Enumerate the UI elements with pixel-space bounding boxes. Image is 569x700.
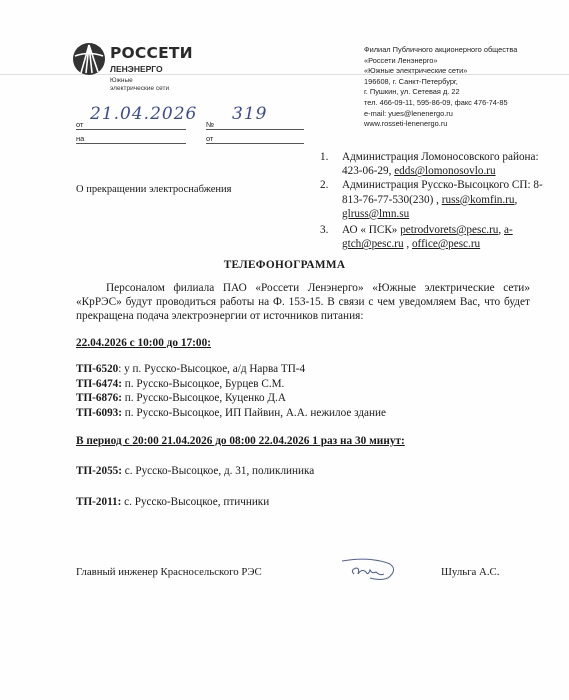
document-title: ТЕЛЕФОНОГРАММА [0,259,569,271]
substation-code: ТП-6520 [76,363,118,375]
addressee-item: 3. АО « ПСК» petrodvorets@pesc.ru, a-gtc… [320,223,550,251]
substation-location: п. Русско-Высоцкое, ИП Пайвин, А.А. нежи… [122,407,386,419]
substation-row: ТП-6876: п. Русско-Высоцкое, Куценко Д.А [76,391,386,406]
email-link[interactable]: russ@komfin.ru [442,194,515,206]
logo-branch-line1: Южные [110,77,133,84]
substation-row: ТП-6520: у п. Русско-Высоцкое, а/д Нарва… [76,362,386,377]
org-line: 196608, г. Санкт-Петербург, [364,77,517,88]
ref-number-line [206,129,304,130]
substation-list: ТП-2055: с. Русско-Высоцкое, д. 31, поли… [76,464,314,479]
substation-row: ТП-2011: с. Русско-Высоцкое, птичники [76,495,269,510]
org-line: Филиал Публичного акционерного общества [364,45,517,56]
ref-to-label: на [76,134,84,143]
substation-location: с. Русско-Высоцкое, птичники [121,496,269,508]
addressee-item: 2. Администрация Русско-Высоцкого СП: 8-… [320,178,550,221]
ref-from-label: от [76,120,83,129]
addressee-number: 2. [320,178,328,192]
substation-list: ТП-2011: с. Русско-Высоцкое, птичники [76,495,269,510]
addressee-item: 1. Администрация Ломоносовского района: … [320,150,550,178]
ref-date-handwritten: 21.04.2026 [90,104,197,124]
org-line: тел. 466-09-11, 595-86-09, факс 476-74-8… [364,98,517,109]
org-line: «Южные электрические сети» [364,66,517,77]
org-email: e-mail: yues@lenenergo.ru [364,109,517,120]
addressee-number: 3. [320,223,328,237]
addressee-list: 1. Администрация Ломоносовского района: … [320,150,550,251]
substation-code: ТП-2055: [76,465,122,477]
body-paragraph: Персоналом филиала ПАО «Россети Ленэнерг… [76,282,530,323]
ref-to-line [76,143,186,144]
addressee-number: 1. [320,150,328,164]
body-text: Персоналом филиала ПАО «Россети Ленэнерг… [76,282,530,323]
substation-list: ТП-6520: у п. Русско-Высоцкое, а/д Нарва… [76,362,386,420]
ref-from2-label: от [206,134,213,143]
subject-line: О прекращении электроснабжения [76,184,232,195]
ref-from2-line [206,143,304,144]
ref-number-label: № [206,120,214,129]
org-line: «Россети Ленэнерго» [364,56,517,67]
substation-location: : у п. Русско-Высоцкое, а/д Нарва ТП-4 [118,363,305,375]
org-website: www.rosseti-lenenergo.ru [364,119,517,130]
ref-number-handwritten: 319 [232,104,267,124]
signatory-position: Главный инженер Красносельского РЭС [76,566,262,578]
substation-location: п. Русско-Высоцкое, Бурцев С.М. [122,378,284,390]
document-page: РОССЕТИ ЛЕНЭНЕРГО Южные электрические се… [0,0,569,700]
substation-row: ТП-6093: п. Русско-Высоцкое, ИП Пайвин, … [76,406,386,421]
email-link[interactable]: glruss@lmn.su [342,208,409,220]
substation-row: ТП-6474: п. Русско-Высоцкое, Бурцев С.М. [76,377,386,392]
substation-code: ТП-2011: [76,496,121,508]
substation-row: ТП-2055: с. Русско-Высоцкое, д. 31, поли… [76,464,314,479]
handwritten-signature-icon [340,556,400,584]
org-info: Филиал Публичного акционерного общества … [364,45,517,130]
company-logo: РОССЕТИ ЛЕНЭНЕРГО Южные электрические се… [72,42,252,97]
logo-brand: РОССЕТИ [110,44,193,62]
substation-code: ТП-6474: [76,378,122,390]
signatory-name: Шульга А.С. [441,566,499,578]
substation-location: п. Русско-Высоцкое, Куценко Д.А [122,392,286,404]
logo-subbrand: ЛЕНЭНЕРГО [110,64,163,74]
email-link[interactable]: office@pesc.ru [412,238,480,250]
section-heading: 22.04.2026 с 10:00 до 17:00: [76,337,211,349]
addressee-text: АО « ПСК» [342,224,400,236]
substation-code: ТП-6876: [76,392,122,404]
logo-branch-line2: электрические сети [110,85,169,92]
email-link[interactable]: petrodvorets@pesc.ru [400,224,498,236]
email-link[interactable]: edds@lomonosovlo.ru [394,165,495,177]
org-line: г. Пушкин, ул. Сетевая д. 22 [364,87,517,98]
substation-location: с. Русско-Высоцкое, д. 31, поликлиника [122,465,314,477]
ref-date-line [76,129,186,130]
substation-code: ТП-6093: [76,407,122,419]
section-heading: В период с 20:00 21.04.2026 до 08:00 22.… [76,435,405,447]
rosseti-emblem-icon [72,42,106,76]
